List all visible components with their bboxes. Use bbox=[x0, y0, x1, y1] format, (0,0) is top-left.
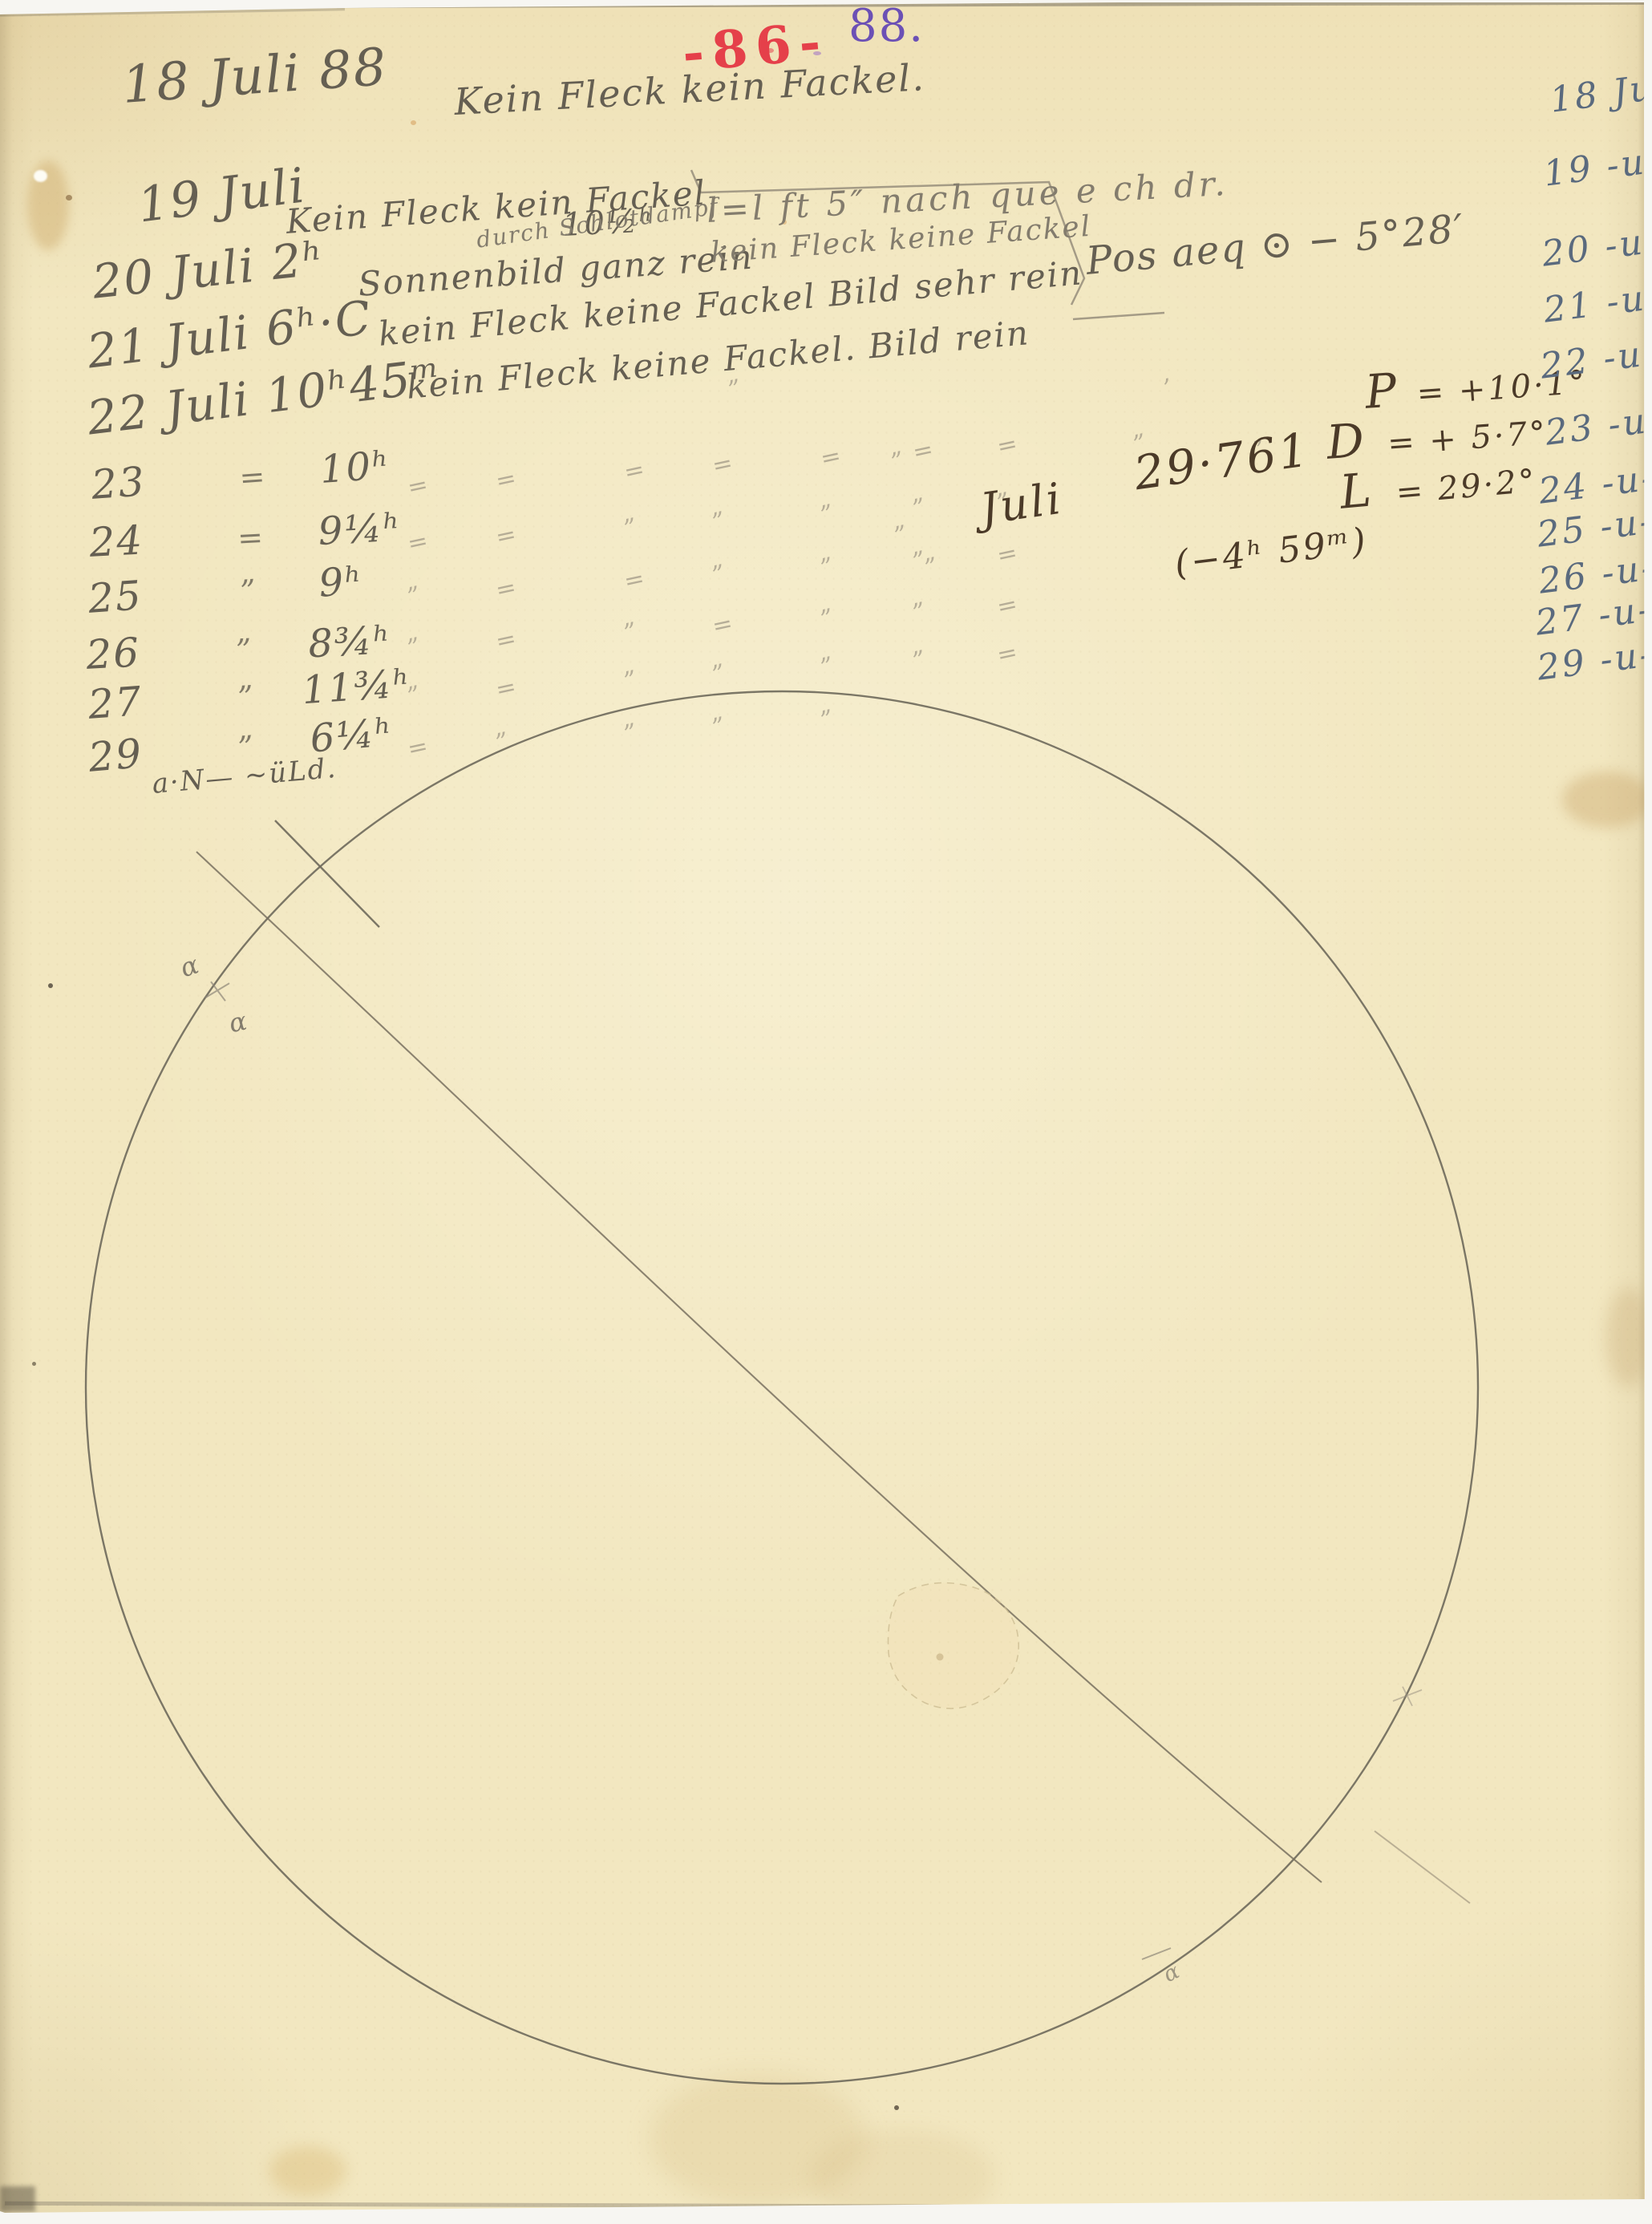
faint-sketch-outline bbox=[889, 1583, 1019, 1709]
margin-date-20: 20 -u- bbox=[1540, 220, 1652, 274]
ditto-mark: ” bbox=[622, 719, 639, 748]
ditto-sep: ” bbox=[239, 573, 258, 609]
ditto-sep: = bbox=[237, 520, 265, 557]
ditto-sep: ” bbox=[237, 679, 256, 715]
ditto-mark: ” bbox=[622, 513, 639, 543]
paper-edge-shadow-left bbox=[0, 0, 13, 2214]
stain-bottom-left bbox=[269, 2146, 346, 2196]
ditto-mark: ” bbox=[910, 598, 928, 627]
alpha-mark: α bbox=[226, 1005, 251, 1039]
short-line bbox=[275, 820, 379, 927]
margin-date-23: 23 -u- bbox=[1543, 399, 1652, 453]
paper-edge-shadow-right bbox=[1638, 0, 1644, 2214]
speck bbox=[66, 195, 72, 201]
margin-date-22: 22 -u- bbox=[1538, 332, 1652, 387]
diagonal-line-tail bbox=[1375, 1831, 1470, 1903]
margin-date-29: 29 -u- bbox=[1535, 634, 1652, 688]
ditto-mark: = bbox=[994, 430, 1020, 461]
day-label: 27 bbox=[87, 678, 144, 728]
ditto-mark: = bbox=[493, 573, 519, 605]
tick-bottom-right bbox=[1142, 1948, 1171, 1959]
time-offset-note: (−4ʰ 59ᵐ) bbox=[1172, 520, 1371, 584]
stain-top-left bbox=[27, 160, 69, 250]
paper-sheet: -86- 88. 18 Juli 88 Kein Fleck kein Fack… bbox=[0, 0, 1652, 2224]
ditto-mark: ” bbox=[818, 604, 836, 634]
margin-date-19: 19 -u- bbox=[1541, 140, 1652, 194]
element-symbol: D bbox=[1325, 413, 1368, 470]
ditto-sep: = bbox=[238, 459, 268, 496]
julian-date-line: Juli 29·761 bbox=[977, 435, 1315, 535]
time-value: 8¾ʰ bbox=[307, 618, 393, 666]
speck bbox=[32, 1362, 36, 1366]
ditto-mark: = bbox=[910, 435, 936, 467]
time-value: 9ʰ bbox=[318, 558, 365, 606]
paper-edge-shadow-top bbox=[337, 1, 1644, 8]
ditto-mark: ” bbox=[892, 521, 909, 550]
ditto-mark: = bbox=[405, 471, 431, 502]
page-number-stamp: 88. bbox=[848, 0, 925, 52]
time-row-25: 25 ” 9ʰ bbox=[87, 557, 365, 622]
day-label: 24 bbox=[88, 517, 145, 565]
entry-19-date: 19 Juli bbox=[135, 157, 309, 233]
speck bbox=[411, 120, 416, 125]
margin-date-21: 21 -u- bbox=[1541, 276, 1652, 330]
position-angle-note: Pos aeq ⊙ − 5°28′ bbox=[1084, 206, 1467, 284]
smudge-bottom bbox=[810, 2129, 994, 2224]
time-value: 10ʰ bbox=[318, 443, 392, 492]
alpha-mark: α bbox=[1160, 1958, 1184, 1987]
ditto-mark: ” bbox=[405, 633, 423, 662]
day-label: 25 bbox=[87, 572, 144, 622]
paper-chip bbox=[34, 170, 47, 182]
stain-margin bbox=[1562, 772, 1652, 828]
ditto-mark: ” bbox=[726, 375, 743, 404]
corner-shadow bbox=[0, 2186, 35, 2212]
diagonal-line bbox=[196, 852, 1322, 1882]
ditto-mark: = bbox=[493, 673, 519, 704]
ditto-mark: ” bbox=[818, 705, 836, 735]
smudge-bottom bbox=[650, 2073, 866, 2206]
tick-right bbox=[1393, 1687, 1422, 1706]
time-value: 9¼ʰ bbox=[317, 505, 403, 554]
ditto-mark: ” bbox=[818, 553, 836, 582]
paper-edge-shadow-bottom bbox=[5, 2202, 1644, 2210]
ditto-mark: = bbox=[405, 732, 431, 764]
ditto-mark: ” bbox=[710, 560, 727, 589]
day-label: 26 bbox=[85, 629, 142, 678]
julian-month: Juli bbox=[978, 473, 1067, 535]
ditto-mark: ” bbox=[493, 727, 511, 757]
ditto-mark: = bbox=[818, 442, 844, 473]
time-row-23: 23 = 10ʰ bbox=[90, 441, 392, 508]
ditto-mark: = bbox=[994, 638, 1020, 670]
solar-disk-circle bbox=[86, 691, 1478, 2084]
entry-18-date: 18 Juli 88 bbox=[120, 38, 390, 115]
julian-value: 29·761 bbox=[1131, 422, 1314, 500]
ditto-mark: = bbox=[493, 521, 519, 552]
ditto-mark: ” bbox=[818, 652, 836, 682]
speck bbox=[894, 2105, 899, 2110]
faint-dot bbox=[937, 1654, 944, 1661]
margin-date-18: 18 Juli bbox=[1548, 64, 1652, 121]
element-value: = 29·2° bbox=[1395, 462, 1539, 511]
time-value: 11¾ʰ bbox=[301, 661, 413, 713]
ditto-mark: ” bbox=[910, 646, 928, 675]
ditto-mark: ” bbox=[710, 712, 727, 742]
ditto-mark: ” bbox=[710, 507, 727, 537]
ditto-mark: = bbox=[622, 456, 647, 487]
ditto-mark: = bbox=[405, 527, 431, 558]
ditto-mark: ” bbox=[622, 618, 639, 647]
ditto-mark: ” bbox=[889, 447, 906, 476]
ditto-mark: = bbox=[710, 610, 735, 641]
ditto-mark: ” bbox=[405, 581, 423, 611]
speck bbox=[48, 983, 53, 988]
ditto-mark: ” bbox=[710, 659, 727, 689]
ditto-mark: ” bbox=[405, 681, 423, 711]
ditto-mark: ” bbox=[910, 493, 928, 523]
entry-20-date: 20 Juli 2ʰ bbox=[90, 231, 327, 310]
ditto-mark: = bbox=[994, 539, 1020, 570]
element-symbol: L bbox=[1338, 462, 1375, 519]
day-label: 23 bbox=[90, 458, 148, 508]
tick-top-left bbox=[205, 982, 229, 1001]
ditto-sep: ” bbox=[235, 632, 254, 668]
scanned-notebook-page: -86- 88. 18 Juli 88 Kein Fleck kein Fack… bbox=[0, 0, 1652, 2224]
day-label: 29 bbox=[87, 730, 144, 781]
ditto-mark: = bbox=[710, 449, 735, 480]
paper-edge-shadow-top-left bbox=[0, 7, 345, 17]
ditto-mark: = bbox=[493, 625, 519, 656]
ditto-mark: ” bbox=[818, 500, 836, 529]
stain-right-edge bbox=[1605, 1287, 1652, 1387]
ditto-mark: ” bbox=[922, 553, 940, 582]
ditto-mark: = bbox=[994, 590, 1020, 622]
ditto-mark: ’ bbox=[1161, 374, 1175, 403]
ditto-mark: = bbox=[493, 464, 519, 496]
ditto-mark: = bbox=[622, 565, 647, 596]
alpha-mark: α bbox=[176, 949, 204, 983]
ditto-mark: ” bbox=[622, 666, 639, 695]
